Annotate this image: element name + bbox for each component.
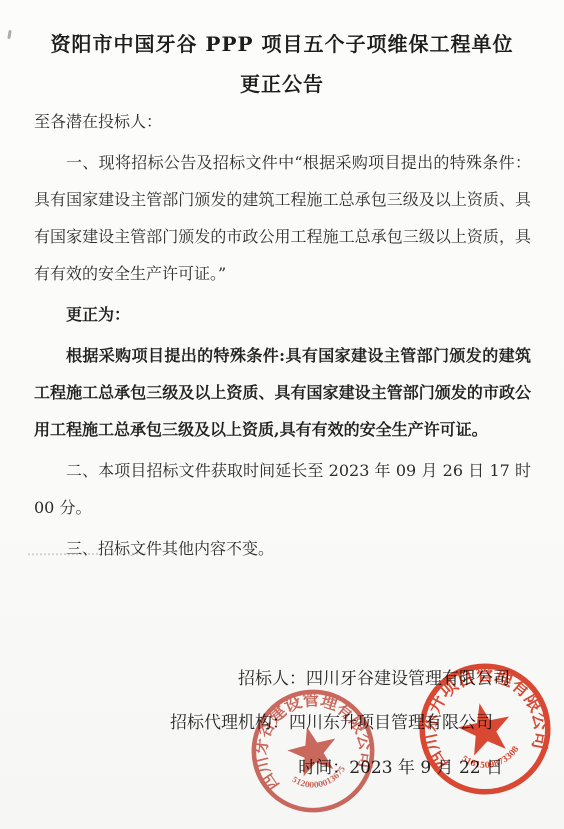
document-title-line1: 资阳市中国牙谷 PPP 项目五个子项维保工程单位 — [0, 28, 564, 57]
document-title-line2: 更正公告 — [0, 68, 564, 97]
seal-ring — [248, 686, 378, 816]
seal-company-name: 四川牙谷建设管理有限公司 — [248, 686, 378, 798]
paragraph-original-condition: 一、现将招标公告及招标文件中“根据采购项目提出的特殊条件：具有国家建设主管部门颁… — [34, 144, 531, 292]
scanned-announcement-page: 资阳市中国牙谷 PPP 项目五个子项维保工程单位 更正公告 至各潜在投标人： 一… — [0, 0, 564, 829]
date-line: 时间：2023 年 9 月 22 日 — [298, 755, 503, 781]
salutation: 至各潜在投标人： — [34, 103, 531, 140]
correction-label: 更正为： — [34, 296, 531, 333]
paragraph-no-other-changes: 三、招标文件其他内容不变。 — [34, 530, 531, 567]
bidder-signature-line: 招标人：四川牙谷建设管理有限公司 — [238, 666, 510, 692]
agency-signature-line: 招标代理机构：四川东升项目管理有限公司 — [170, 710, 493, 736]
paragraph-corrected-condition: 根据采购项目提出的特殊条件:具有国家建设主管部门颁发的建筑工程施工总承包三级及以… — [34, 337, 531, 448]
document-body: 至各潜在投标人： 一、现将招标公告及招标文件中“根据采购项目提出的特殊条件：具有… — [34, 103, 531, 567]
paragraph-deadline-extension: 二、本项目招标文件获取时间延长至 2023 年 09 月 26 日 17 时 0… — [34, 452, 531, 526]
bidder-company-seal: 四川牙谷建设管理有限公司 5120000013675 — [248, 686, 378, 816]
